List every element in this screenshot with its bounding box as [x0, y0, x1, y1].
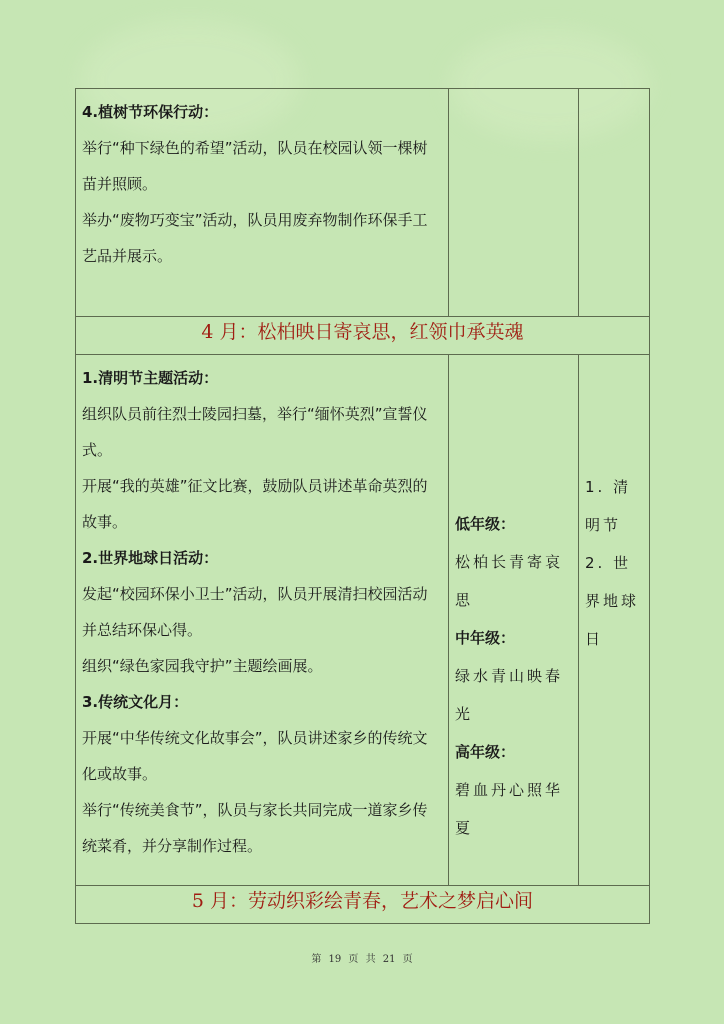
grade-theme-high: 碧血丹心照华夏 — [455, 771, 572, 847]
activity-line: 组织“绿色家园我守护”主题绘画展。 — [82, 648, 442, 684]
activity-heading: 2.世界地球日活动： — [82, 540, 442, 576]
activity-line: 开展“我的英雄”征文比赛，鼓励队员讲述革命英烈的故事。 — [82, 468, 442, 540]
grade-theme-low: 松柏长青寄哀思 — [455, 543, 572, 619]
activity-line: 举行“传统美食节”，队员与家长共同完成一道家乡传统菜肴，并分享制作过程。 — [82, 792, 442, 864]
grade-label-low: 低年级： — [455, 505, 572, 543]
festival-item: 1. 清明节 — [585, 468, 643, 544]
activity-heading: 3.传统文化月： — [82, 684, 442, 720]
page-number: 第 19 页 共 21 页 — [0, 950, 724, 965]
activities-cell: 4.植树节环保行动： 举行“种下绿色的希望”活动，队员在校园认领一棵树苗并照顾。… — [76, 89, 449, 317]
grade-theme-mid: 绿水青山映春光 — [455, 657, 572, 733]
table-row-march: 4.植树节环保行动： 举行“种下绿色的希望”活动，队员在校园认领一棵树苗并照顾。… — [76, 89, 650, 317]
activity-heading: 4.植树节环保行动： — [82, 94, 442, 130]
activities-cell: 1.清明节主题活动： 组织队员前往烈士陵园扫墓，举行“缅怀英烈”宣誓仪式。 开展… — [76, 355, 449, 886]
grades-cell: 低年级： 松柏长青寄哀思 中年级： 绿水青山映春光 高年级： 碧血丹心照华夏 — [449, 355, 579, 886]
month-header-april: 4 月：松柏映日寄哀思，红领巾承英魂 — [76, 317, 650, 355]
festival-item: 2. 世界地球日 — [585, 544, 643, 658]
grades-cell — [449, 89, 579, 317]
table-row-april: 1.清明节主题活动： 组织队员前往烈士陵园扫墓，举行“缅怀英烈”宣誓仪式。 开展… — [76, 355, 650, 886]
festivals-cell: 1. 清明节 2. 世界地球日 — [579, 355, 650, 886]
month-title: 4 月：松柏映日寄哀思，红领巾承英魂 — [76, 317, 650, 355]
activity-line: 发起“校园环保小卫士”活动，队员开展清扫校园活动并总结环保心得。 — [82, 576, 442, 648]
month-header-may: 5 月：劳动织彩绘青春，艺术之梦启心间 — [76, 886, 650, 924]
festivals-cell — [579, 89, 650, 317]
activity-heading: 1.清明节主题活动： — [82, 360, 442, 396]
grade-label-high: 高年级： — [455, 733, 572, 771]
grade-label-mid: 中年级： — [455, 619, 572, 657]
month-title: 5 月：劳动织彩绘青春，艺术之梦启心间 — [76, 886, 650, 924]
activity-line: 举行“种下绿色的希望”活动，队员在校园认领一棵树苗并照顾。 — [82, 130, 442, 202]
activity-line: 组织队员前往烈士陵园扫墓，举行“缅怀英烈”宣誓仪式。 — [82, 396, 442, 468]
activity-plan-table: 4.植树节环保行动： 举行“种下绿色的希望”活动，队员在校园认领一棵树苗并照顾。… — [75, 88, 650, 924]
activity-line: 举办“废物巧变宝”活动，队员用废弃物制作环保手工艺品并展示。 — [82, 202, 442, 274]
activity-line: 开展“中华传统文化故事会”，队员讲述家乡的传统文化或故事。 — [82, 720, 442, 792]
